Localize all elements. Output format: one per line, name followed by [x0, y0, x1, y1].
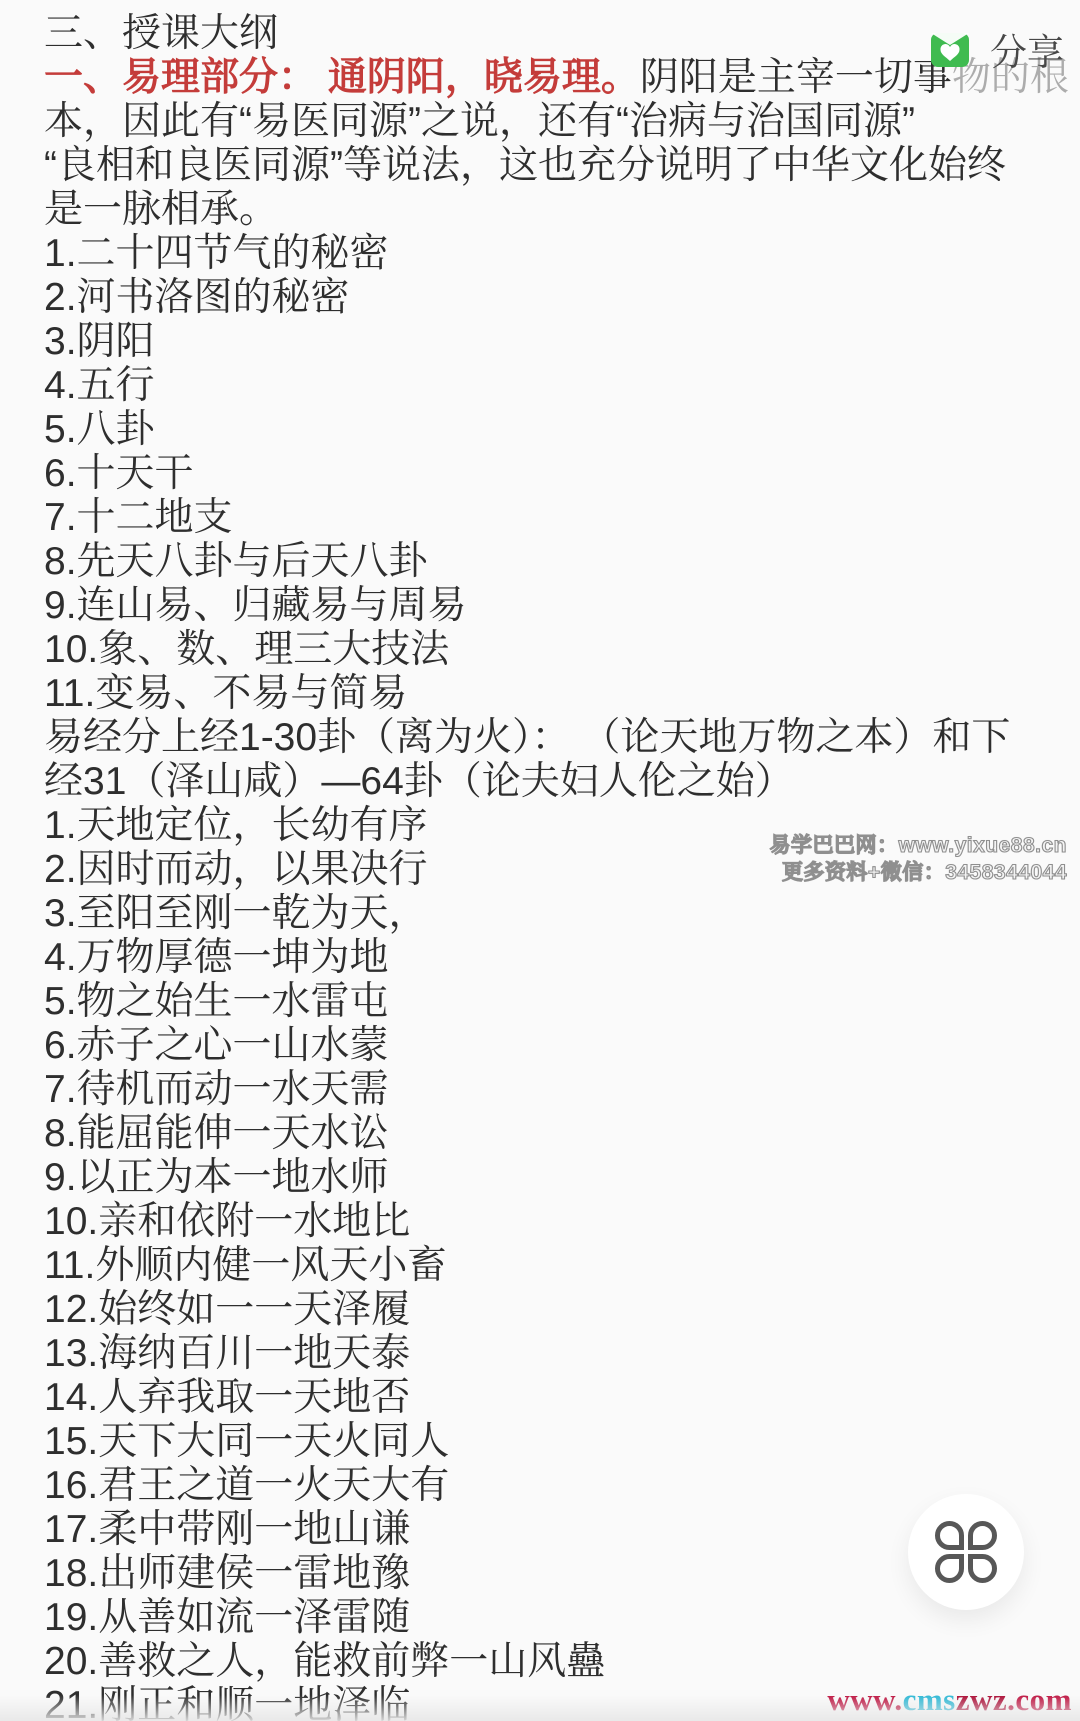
cmszwz-watermark: www.cmszwz.com [827, 1682, 1072, 1718]
yixue-watermark: 易学巴巴网：www.yixue88.cn 更多资料+微信：3458344044 [770, 832, 1067, 886]
red-lead-text: 一、易理部分： 通阴阳，晓易理。 [44, 56, 640, 99]
outline-part1-item: 7.十二地支 [44, 496, 1064, 540]
outline-part2-item: 11.外顺内健一风天小畜 [44, 1244, 1064, 1288]
outline-part2-item: 9.以正为本一地水师 [44, 1156, 1064, 1200]
outline-part1-item: 9.连山易、归藏易与周易 [44, 584, 1064, 628]
outline-part1-item: 6.十天干 [44, 452, 1064, 496]
gua-paragraph: 易经分上经1-30卦（离为火）： （论天地万物之本）和下经31（泽山咸）—64卦… [44, 716, 1064, 804]
outline-part2-item: 15.天下大同一天火同人 [44, 1420, 1064, 1464]
outline-part2-item: 16.君王之道一火天大有 [44, 1464, 1064, 1508]
cms-www: www. [827, 1682, 902, 1717]
outline-part1-item: 3.阴阳 [44, 320, 1064, 364]
outline-part1-item: 4.五行 [44, 364, 1064, 408]
clover-petal [968, 1554, 997, 1583]
intro-line-1: 一、易理部分： 通阴阳，晓易理。阴阳是主宰一切事物的根 [44, 56, 1064, 100]
document-page: 三、授课大纲 一、易理部分： 通阴阳，晓易理。阴阳是主宰一切事物的根 本，因此有… [0, 0, 1080, 1721]
outline-part2-list: 1.天地定位，长幼有序2.因时而动，以果决行3.至阳至刚一乾为天，4.万物厚德一… [44, 804, 1064, 1721]
share-label: 分享 [990, 22, 1064, 76]
outline-part1-item: 1.二十四节气的秘密 [44, 232, 1064, 276]
gua-paragraph-line: 经31（泽山咸）—64卦（论夫妇人伦之始） [44, 760, 1064, 804]
outline-part2-item: 3.至阳至刚一乾为天， [44, 892, 1064, 936]
outline-part1-item: 5.八卦 [44, 408, 1064, 452]
outline-part2-item: 5.物之始生一水雷屯 [44, 980, 1064, 1024]
outline-part2-item: 7.待机而动一水天需 [44, 1068, 1064, 1112]
cms-com: .com [1007, 1682, 1072, 1717]
section-heading: 三、授课大纲 [44, 12, 1064, 56]
cms-seg2: zwz [956, 1682, 1007, 1717]
outline-part1-list: 1.二十四节气的秘密2.河书洛图的秘密3.阴阳4.五行5.八卦6.十天干7.十二… [44, 232, 1064, 716]
clover-floating-button[interactable] [908, 1494, 1024, 1610]
outline-part1-item: 10.象、数、理三大技法 [44, 628, 1064, 672]
intro-line-2: 本，因此有“易医同源”之说，还有“治病与治国同源” [44, 100, 1064, 144]
yixue-watermark-line2: 更多资料+微信：3458344044 [770, 859, 1067, 886]
outline-part2-item: 19.从善如流一泽雷随 [44, 1596, 1064, 1640]
intro-line-4: 是一脉相承。 [44, 188, 1064, 232]
outline-part1-item: 11.变易、不易与简易 [44, 672, 1064, 716]
outline-part2-item: 8.能屈能伸一天水讼 [44, 1112, 1064, 1156]
clover-petal [935, 1554, 964, 1583]
outline-part2-item: 6.赤子之心一山水蒙 [44, 1024, 1064, 1068]
outline-part2-item: 10.亲和依附一水地比 [44, 1200, 1064, 1244]
gua-paragraph-line: 易经分上经1-30卦（离为火）： （论天地万物之本）和下 [44, 716, 1064, 760]
share-button[interactable]: 分享 [926, 22, 1064, 76]
clover-icon [935, 1521, 997, 1583]
intro-line1-black: 阴阳是主宰一切事 [640, 56, 952, 99]
outline-part2-item: 4.万物厚德一坤为地 [44, 936, 1064, 980]
outline-part2-item: 13.海纳百川一地天泰 [44, 1332, 1064, 1376]
outline-part2-item: 20.善救之人，能救前弊一山风蠱 [44, 1640, 1064, 1684]
clover-petal [968, 1521, 997, 1550]
outline-part1-item: 2.河书洛图的秘密 [44, 276, 1064, 320]
outline-part1-item: 8.先天八卦与后天八卦 [44, 540, 1064, 584]
cms-seg1: cms [903, 1682, 956, 1717]
intro-line-3: “良相和良医同源”等说法，这也充分说明了中华文化始终 [44, 144, 1064, 188]
share-envelope-heart-icon [926, 25, 974, 73]
clover-petal [935, 1521, 964, 1550]
outline-part2-item: 14.人弃我取一天地否 [44, 1376, 1064, 1420]
outline-part2-item: 12.始终如一一天泽履 [44, 1288, 1064, 1332]
yixue-watermark-line1: 易学巴巴网：www.yixue88.cn [770, 832, 1067, 859]
